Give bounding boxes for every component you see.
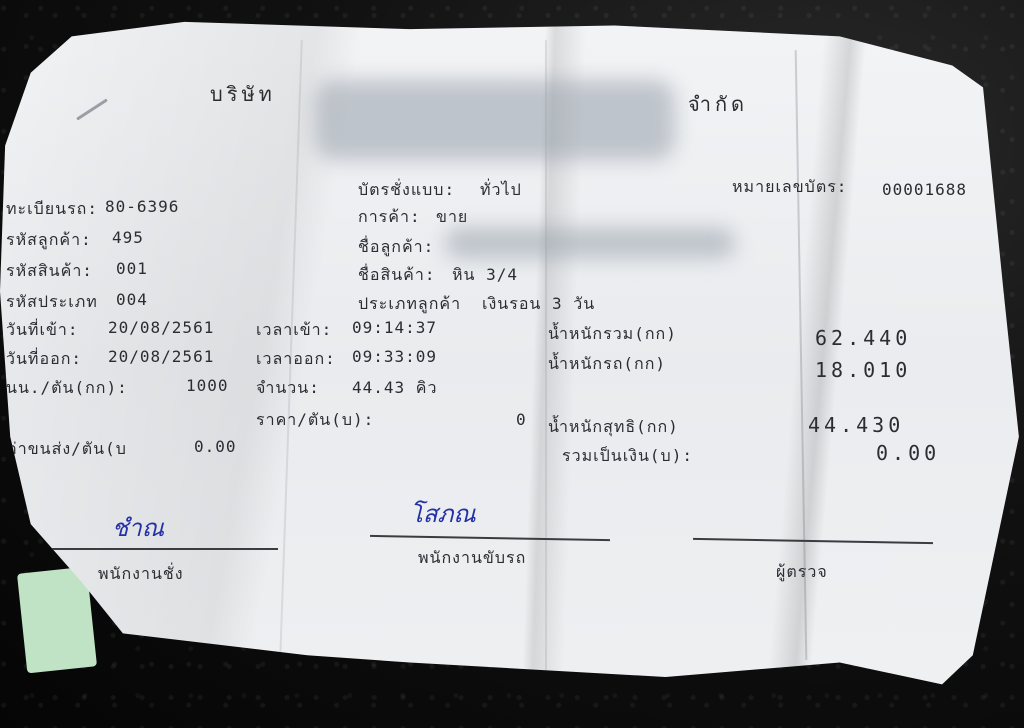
quantity-value: 44.43 คิว [352, 376, 437, 401]
gross-weight-label: น้ำหนักรวม(กก) [548, 322, 677, 347]
weigher-label: พนักงานชั่ง [98, 562, 184, 587]
net-weight-value: 44.430 [808, 413, 904, 437]
driver-label: พนักงานขับรถ [418, 546, 526, 571]
company-suffix: จำกัด [688, 88, 748, 120]
trade-value: ขาย [436, 205, 468, 230]
time-in-label: เวลาเข้า: [256, 318, 332, 343]
truck-weight-value: 18.010 [815, 358, 911, 382]
product-code-value: 001 [116, 259, 148, 278]
date-in-label: วันที่เข้า: [6, 318, 79, 343]
kg-per-ton-label: นน./ตัน(กก): [6, 376, 128, 401]
truck-weight-label: น้ำหนักรถ(กก) [548, 352, 666, 377]
kg-per-ton-value: 1000 [186, 376, 229, 395]
total-amount-value: 0.00 [876, 441, 940, 465]
company-prefix: บริษัท [210, 78, 276, 110]
date-out-label: วันที่ออก: [6, 347, 82, 372]
product-name-value: หิน 3/4 [452, 263, 518, 288]
trade-label: การค้า: [358, 205, 421, 230]
time-in-value: 09:14:37 [352, 318, 437, 337]
net-weight-label: น้ำหนักสุทธิ(กก) [548, 415, 679, 440]
customer-type-label: ประเภทลูกค้า [358, 292, 461, 317]
quantity-label: จำนวน: [256, 376, 320, 401]
product-name-label: ชื่อสินค้า: [358, 263, 436, 288]
plate-value: 80-6396 [105, 197, 179, 216]
redacted-company-name [315, 80, 675, 160]
ticket-type-label: บัตรชั่งแบบ: [358, 178, 455, 203]
signature-line [370, 535, 610, 541]
price-per-ton-value: 0 [516, 410, 527, 429]
gross-weight-value: 62.440 [815, 326, 911, 350]
ticket-type-value: ทั่วไป [480, 178, 522, 203]
customer-code-label: รหัสลูกค้า: [6, 228, 92, 253]
time-out-value: 09:33:09 [352, 347, 437, 366]
customer-code-value: 495 [112, 228, 144, 247]
shipping-label: ค่าขนส่ง/ตัน(บ [6, 437, 127, 462]
ticket-number-value: 00001688 [882, 180, 967, 199]
customer-type-value: เงินรอน 3 วัน [482, 292, 595, 317]
time-out-label: เวลาออก: [256, 347, 336, 372]
date-out-value: 20/08/2561 [108, 347, 214, 366]
driver-signature: โสภณ [410, 494, 476, 533]
type-code-value: 004 [116, 290, 148, 309]
signature-line [693, 538, 933, 544]
weighbridge-receipt: บริษัท จำกัด บัตรชั่งแบบ: ทั่วไป การค้า:… [0, 0, 1024, 728]
date-in-value: 20/08/2561 [108, 318, 214, 337]
product-code-label: รหัสสินค้า: [6, 259, 93, 284]
customer-name-label: ชื่อลูกค้า: [358, 235, 434, 260]
shipping-value: 0.00 [194, 437, 237, 456]
price-per-ton-label: ราคา/ตัน(บ): [256, 408, 374, 433]
signature-line [46, 548, 278, 550]
staple-icon [76, 98, 108, 120]
plate-label: ทะเบียนรถ: [6, 197, 98, 222]
redacted-customer-name [445, 228, 735, 258]
weigher-signature: ชำณ [112, 508, 164, 547]
inspector-label: ผู้ตรวจ [776, 560, 828, 585]
total-amount-label: รวมเป็นเงิน(บ): [562, 444, 693, 469]
ticket-number-label: หมายเลขบัตร: [732, 175, 847, 200]
type-code-label: รหัสประเภท [6, 290, 98, 315]
